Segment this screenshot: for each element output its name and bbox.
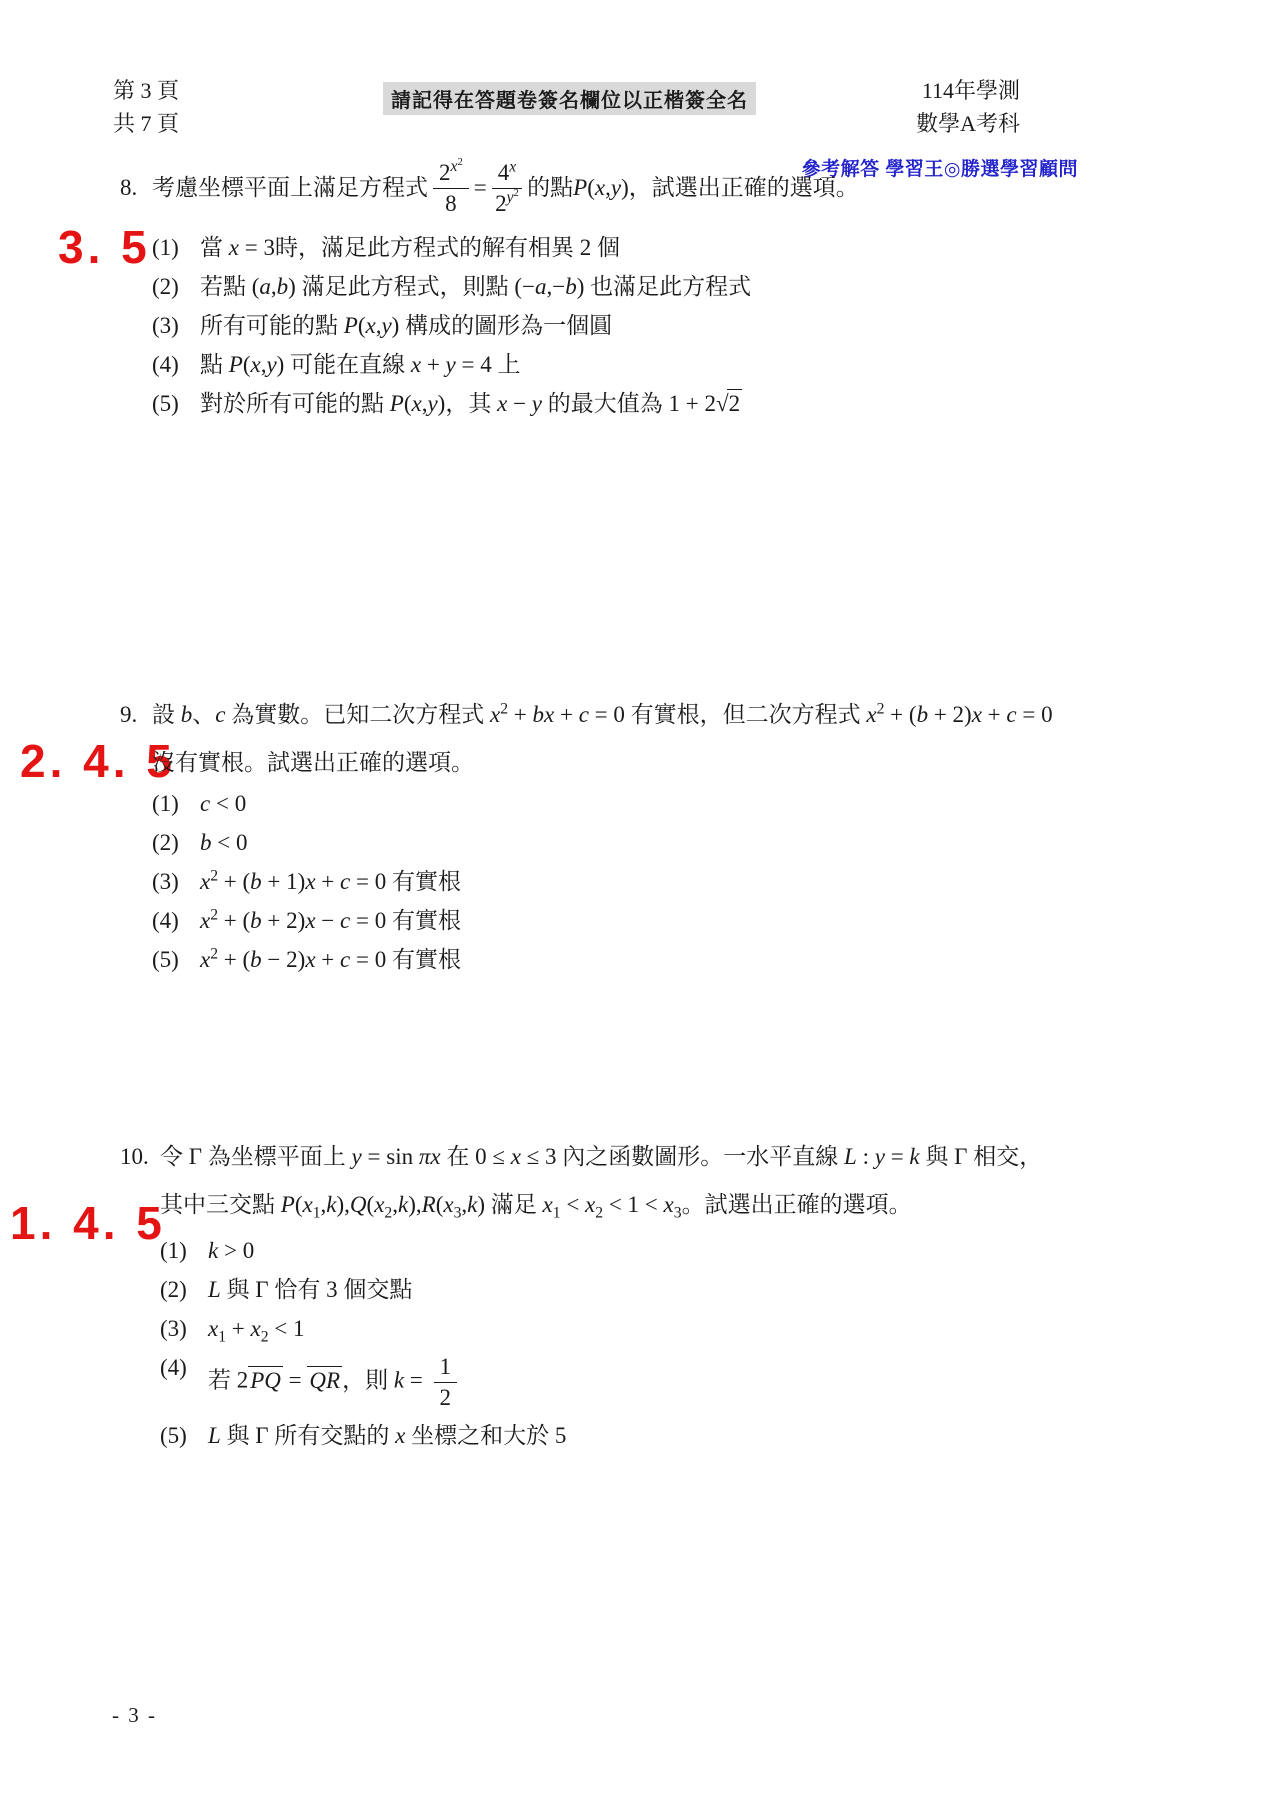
option-row: (2) 若點 (a,b) 滿足此方程式，則點 (−a,−b) 也滿足此方程式: [152, 272, 1160, 302]
options-list: (1) 當 x = 3時，滿足此方程式的解有相異 2 個 (2) 若點 (a,b…: [152, 233, 1160, 419]
option-row: (3) x1 + x2 < 1: [160, 1314, 1160, 1344]
option-row: (4) x2 + (b + 2)x − c = 0 有實根: [152, 906, 1160, 936]
option-label: (5): [160, 1421, 208, 1451]
option-label: (3): [160, 1314, 208, 1344]
option-row: (5) L 與 Γ 所有交點的 x 坐標之和大於 5: [160, 1421, 1160, 1451]
page-footer: - 3 -: [112, 1703, 157, 1728]
exam-page: 第 3 頁 共 7 頁 請記得在答題卷簽名欄位以正楷簽全名 114年學測 數學A…: [0, 0, 1280, 1810]
question-8: 8. 考慮坐標平面上滿足方程式 2x28 = 4x2y2 的點 P(x, y)，…: [120, 152, 1160, 428]
option-row: (3) 所有可能的點 P(x,y) 構成的圖形為一個圓: [152, 311, 1160, 341]
exam-title-year: 114年學測: [858, 74, 1020, 107]
options-list: (1) k > 0 (2) L 與 Γ 恰有 3 個交點 (3) x1 + x2…: [160, 1236, 1160, 1451]
option-text: 若點 (a,b) 滿足此方程式，則點 (−a,−b) 也滿足此方程式: [200, 272, 1160, 302]
page-indicator-line1: 第 3 頁: [113, 74, 179, 107]
option-row: (5) 對於所有可能的點 P(x,y)，其 x − y 的最大值為 1 + 2√…: [152, 389, 1160, 419]
option-text: x1 + x2 < 1: [208, 1314, 1160, 1344]
option-row: (2) L 與 Γ 恰有 3 個交點: [160, 1275, 1160, 1305]
option-row: (5) x2 + (b − 2)x + c = 0 有實根: [152, 945, 1160, 975]
question-stem: 令 Γ 為坐標平面上 y = sin πx 在 0 ≤ x ≤ 3 內之函數圖形…: [160, 1140, 1160, 1174]
option-row: (1) k > 0: [160, 1236, 1160, 1266]
question-10: 10. 令 Γ 為坐標平面上 y = sin πx 在 0 ≤ x ≤ 3 內之…: [120, 1140, 1160, 1460]
signature-notice: 請記得在答題卷簽名欄位以正楷簽全名: [383, 82, 756, 115]
option-text: 當 x = 3時，滿足此方程式的解有相異 2 個: [200, 233, 1160, 263]
option-label: (2): [160, 1275, 208, 1305]
option-label: (5): [152, 945, 200, 975]
exam-title-subject: 數學A考科: [858, 107, 1020, 140]
option-label: (2): [152, 828, 200, 858]
option-row: (1) 當 x = 3時，滿足此方程式的解有相異 2 個: [152, 233, 1160, 263]
option-text: x2 + (b + 2)x − c = 0 有實根: [200, 906, 1160, 936]
option-text: 若 2PQ = QR，則 k = 12: [208, 1353, 1160, 1412]
option-label: (1): [152, 233, 200, 263]
question-stem-continued: 其中三交點 P(x1,k),Q(x2,k),R(x3,k) 滿足 x1 < x2…: [160, 1188, 1160, 1222]
question-number: 10.: [120, 1140, 160, 1174]
option-text: 對於所有可能的點 P(x,y)，其 x − y 的最大值為 1 + 2√2: [200, 389, 1160, 419]
question-number: 8.: [120, 152, 152, 224]
option-label: (5): [152, 389, 200, 419]
option-row: (3) x2 + (b + 1)x + c = 0 有實根: [152, 867, 1160, 897]
page-indicator: 第 3 頁 共 7 頁: [113, 74, 179, 140]
question-stem: 考慮坐標平面上滿足方程式 2x28 = 4x2y2 的點 P(x, y)，試選出…: [152, 152, 1160, 224]
option-label: (1): [160, 1236, 208, 1266]
option-text: 點 P(x,y) 可能在直線 x + y = 4 上: [200, 350, 1160, 380]
options-list: (1) c < 0 (2) b < 0 (3) x2 + (b + 1)x + …: [152, 789, 1160, 975]
option-text: c < 0: [200, 789, 1160, 819]
option-label: (4): [160, 1353, 208, 1383]
exam-title: 114年學測 數學A考科: [858, 74, 1020, 140]
option-text: k > 0: [208, 1236, 1160, 1266]
option-text: L 與 Γ 恰有 3 個交點: [208, 1275, 1160, 1305]
option-text: L 與 Γ 所有交點的 x 坐標之和大於 5: [208, 1421, 1160, 1451]
option-label: (1): [152, 789, 200, 819]
option-text: 所有可能的點 P(x,y) 構成的圖形為一個圓: [200, 311, 1160, 341]
option-row: (4) 點 P(x,y) 可能在直線 x + y = 4 上: [152, 350, 1160, 380]
question-number: 9.: [120, 698, 152, 732]
option-label: (2): [152, 272, 200, 302]
option-label: (4): [152, 350, 200, 380]
option-row: (2) b < 0: [152, 828, 1160, 858]
option-label: (3): [152, 867, 200, 897]
question-stem: 設 b、c 為實數。已知二次方程式 x2 + bx + c = 0 有實根，但二…: [152, 698, 1160, 732]
option-row: (1) c < 0: [152, 789, 1160, 819]
option-text: b < 0: [200, 828, 1160, 858]
option-label: (3): [152, 311, 200, 341]
option-text: x2 + (b + 1)x + c = 0 有實根: [200, 867, 1160, 897]
page-indicator-line2: 共 7 頁: [113, 107, 179, 140]
option-text: x2 + (b − 2)x + c = 0 有實根: [200, 945, 1160, 975]
question-9: 9. 設 b、c 為實數。已知二次方程式 x2 + bx + c = 0 有實根…: [120, 698, 1160, 984]
option-row: (4) 若 2PQ = QR，則 k = 12: [160, 1353, 1160, 1412]
question-stem-continued: 沒有實根。試選出正確的選項。: [152, 746, 1160, 780]
option-label: (4): [152, 906, 200, 936]
